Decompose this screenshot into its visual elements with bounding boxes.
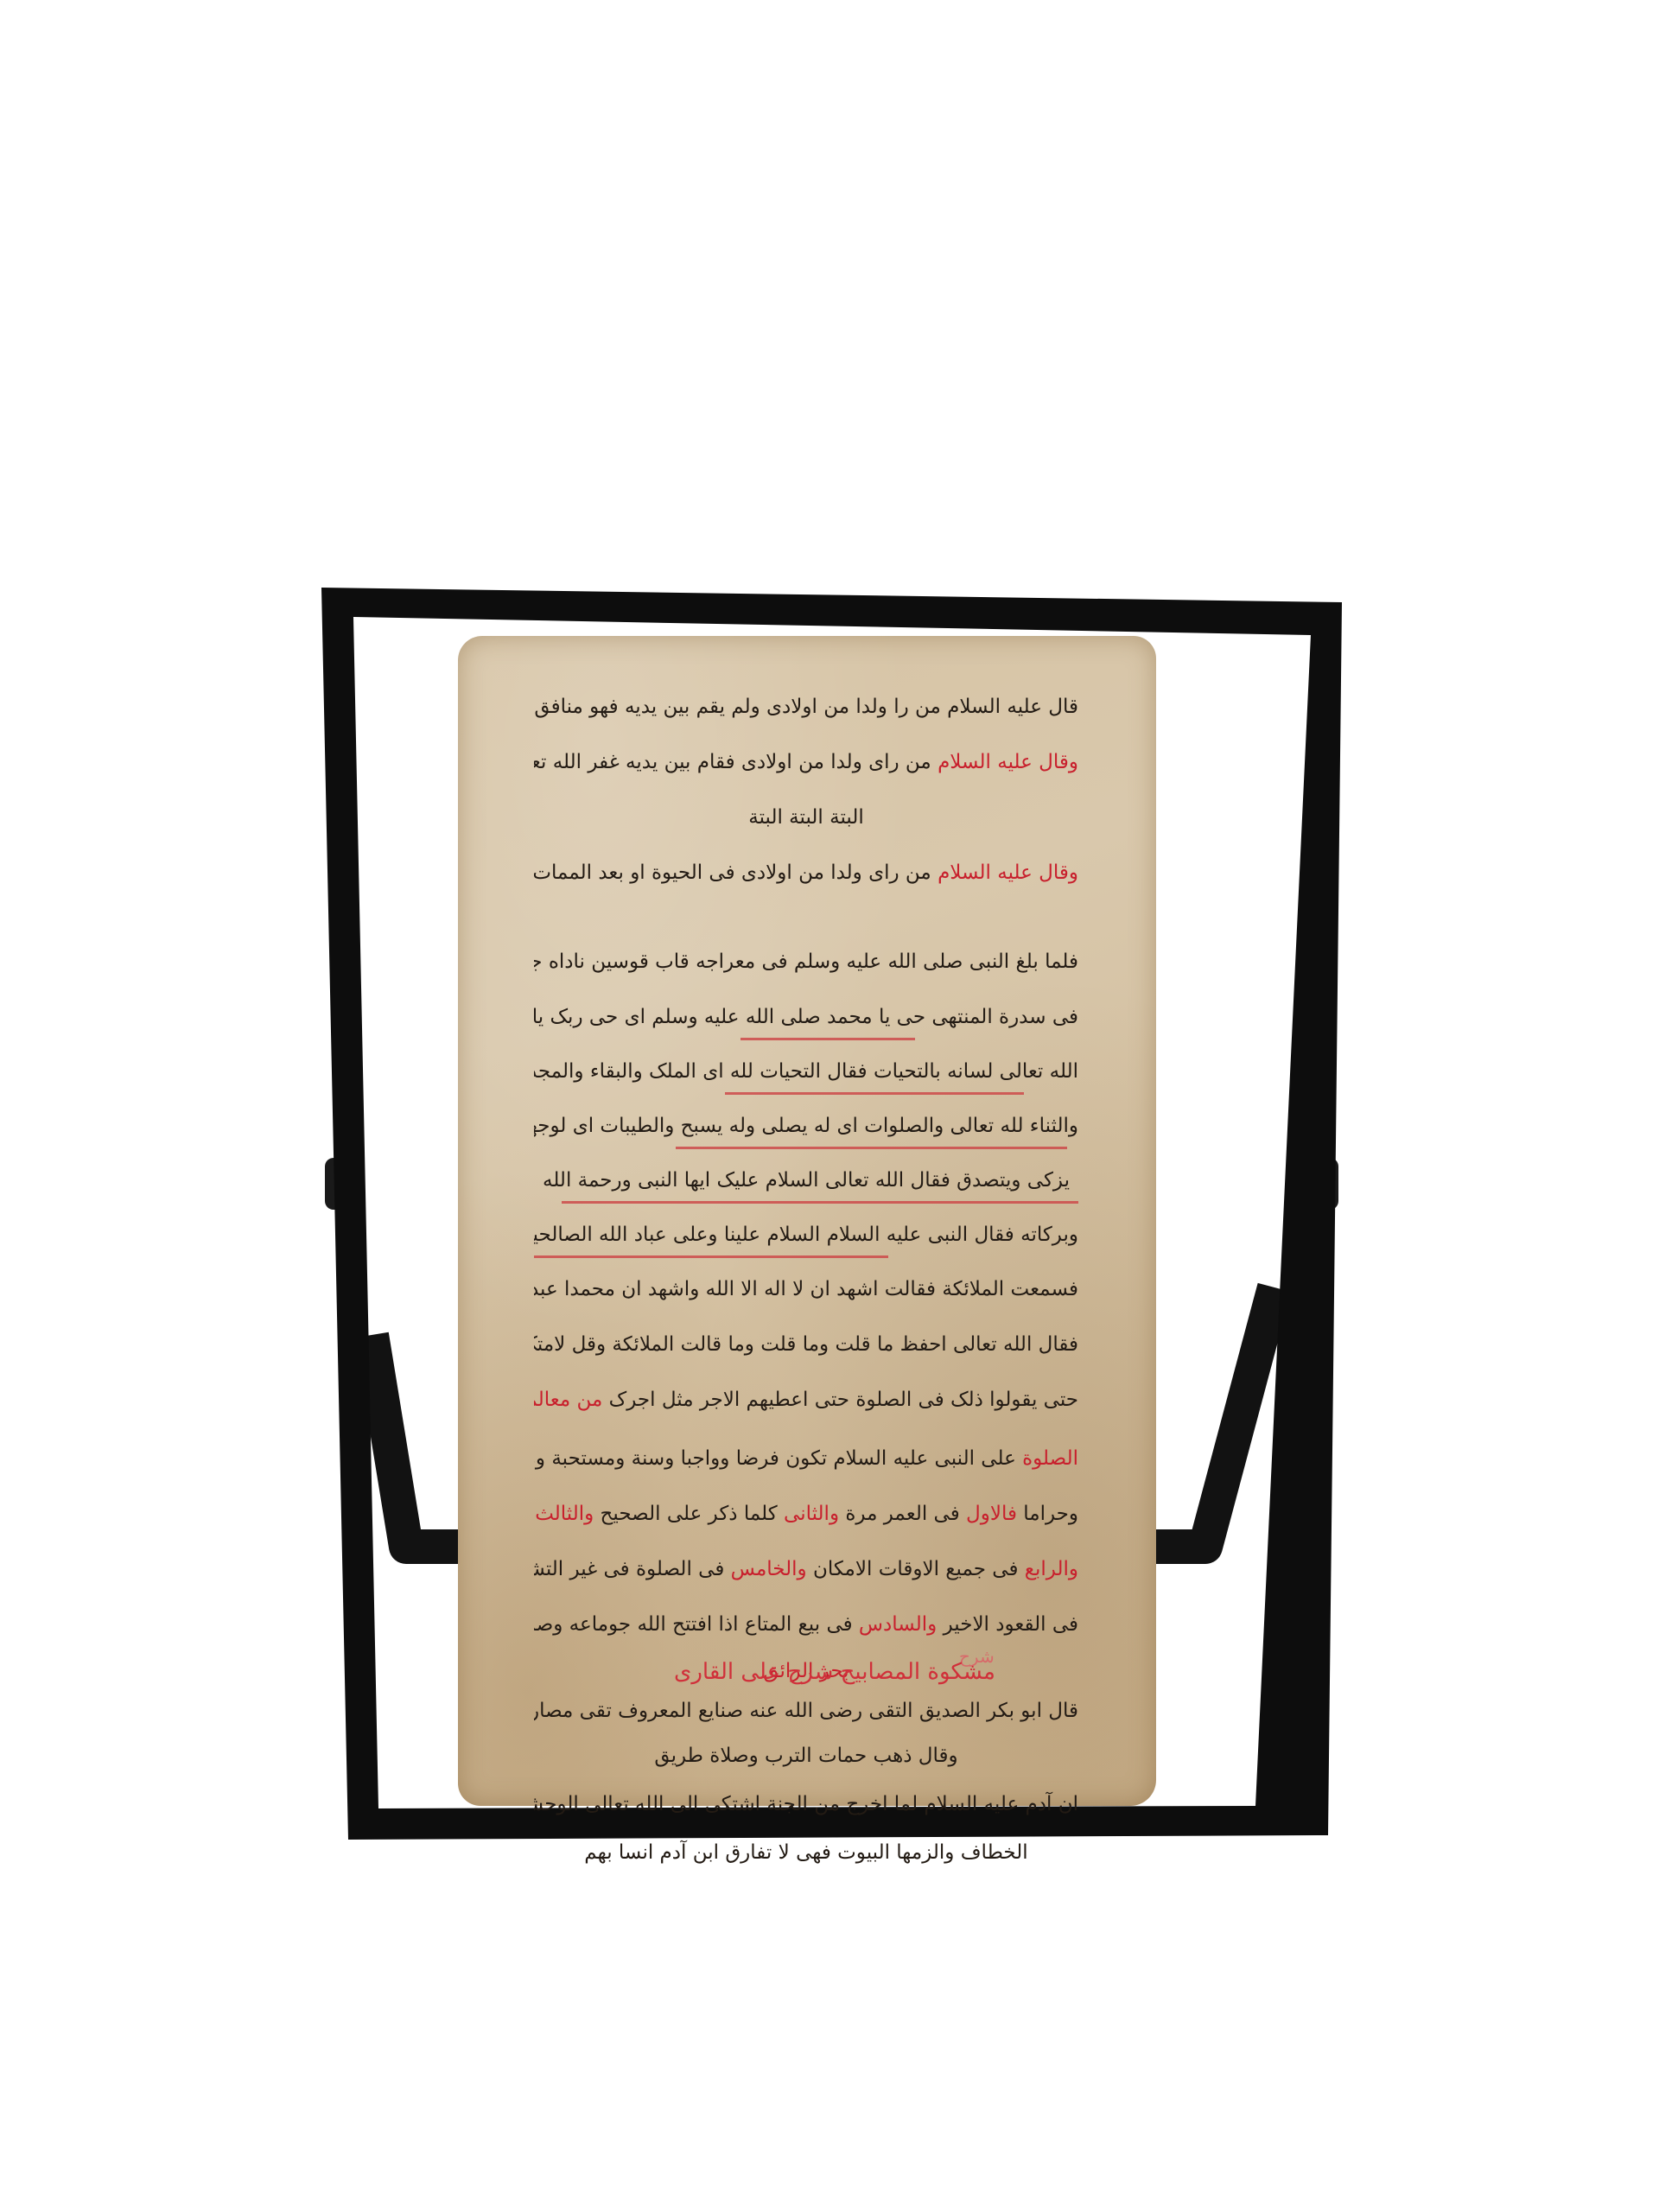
line: فسمعت الملائکة فقالت اشهد ان لا اله الا … bbox=[534, 1262, 1078, 1317]
line: وحراما فالاول فی العمر مرة والثانی کلما … bbox=[534, 1486, 1078, 1541]
section-2: فلما بلغ النبی صلی الله علیه وسلم فی معر… bbox=[534, 934, 1078, 1427]
red-underline bbox=[534, 1255, 888, 1258]
line: حتی یقولوا ذلک فی الصلوة حتی اعطیهم الاج… bbox=[534, 1372, 1078, 1427]
photo-scene: قال علیه السلام من را ولدا من اولادی ولم… bbox=[0, 0, 1659, 2212]
line: قال علیه السلام من را ولدا من اولادی ولم… bbox=[534, 679, 1078, 734]
red-underline bbox=[562, 1201, 1079, 1204]
line: فلما بلغ النبی صلی الله علیه وسلم فی معر… bbox=[534, 934, 1078, 989]
colophon: مشکوة المصابیح شرح علی القاری bbox=[674, 1659, 995, 1685]
line: فقال الله تعالی احفظ ما قلت وما قلت وما … bbox=[534, 1317, 1078, 1372]
line: الخطاف والزمها البیوت فهی لا تفارق ابن آ… bbox=[534, 1828, 1078, 1877]
line: وقال علیه السلام من رای ولدا من اولادی ف… bbox=[534, 734, 1078, 790]
line: فی سدرة المنتهی حی یا محمد صلی الله علیه… bbox=[534, 989, 1078, 1045]
right-stand-leg bbox=[1149, 1287, 1274, 1547]
section-4: قال ابو بکر الصدیق التقی رضی الله عنه صن… bbox=[534, 1690, 1078, 1877]
line: وبرکاته فقال النبی علیه السلام السلام عل… bbox=[534, 1207, 1078, 1262]
section-3: الصلوة علی النبی علیه السلام تکون فرضا و… bbox=[534, 1431, 1078, 1690]
line: الله تعالی لسانه بالتحیات فقال التحیات ل… bbox=[534, 1044, 1078, 1099]
line: الصلوة علی النبی علیه السلام تکون فرضا و… bbox=[534, 1431, 1078, 1486]
left-stand-leg bbox=[372, 1335, 467, 1547]
line: ان آدم علیه السلام لما اخرج من الجنة اشت… bbox=[534, 1780, 1078, 1828]
section-1: قال علیه السلام من را ولدا من اولادی ولم… bbox=[534, 679, 1078, 900]
line: قال ابو بکر الصدیق التقی رضی الله عنه صن… bbox=[534, 1690, 1078, 1732]
line: فی القعود الاخیر والسادس فی بیع المتاع ا… bbox=[534, 1597, 1078, 1652]
line: یزکی ویتصدق فقال الله تعالی السلام علیک … bbox=[534, 1153, 1078, 1208]
line: البتة البتة البتة bbox=[534, 790, 1078, 845]
manuscript-page: قال علیه السلام من را ولدا من اولادی ولم… bbox=[458, 636, 1156, 1806]
line: والرابع فی جمیع الاوقات الامکان والخامس … bbox=[534, 1541, 1078, 1597]
red-underline bbox=[676, 1147, 1068, 1149]
line: وقال علیه السلام من رای ولدا من اولادی ف… bbox=[534, 845, 1078, 900]
line: والثناء لله تعالی والصلوات ای له یصلی ول… bbox=[534, 1098, 1078, 1154]
red-underline bbox=[741, 1038, 915, 1040]
line: وقال ذهب حمات الترب وصلاة طریق bbox=[534, 1732, 1078, 1780]
red-underline bbox=[725, 1092, 1025, 1095]
